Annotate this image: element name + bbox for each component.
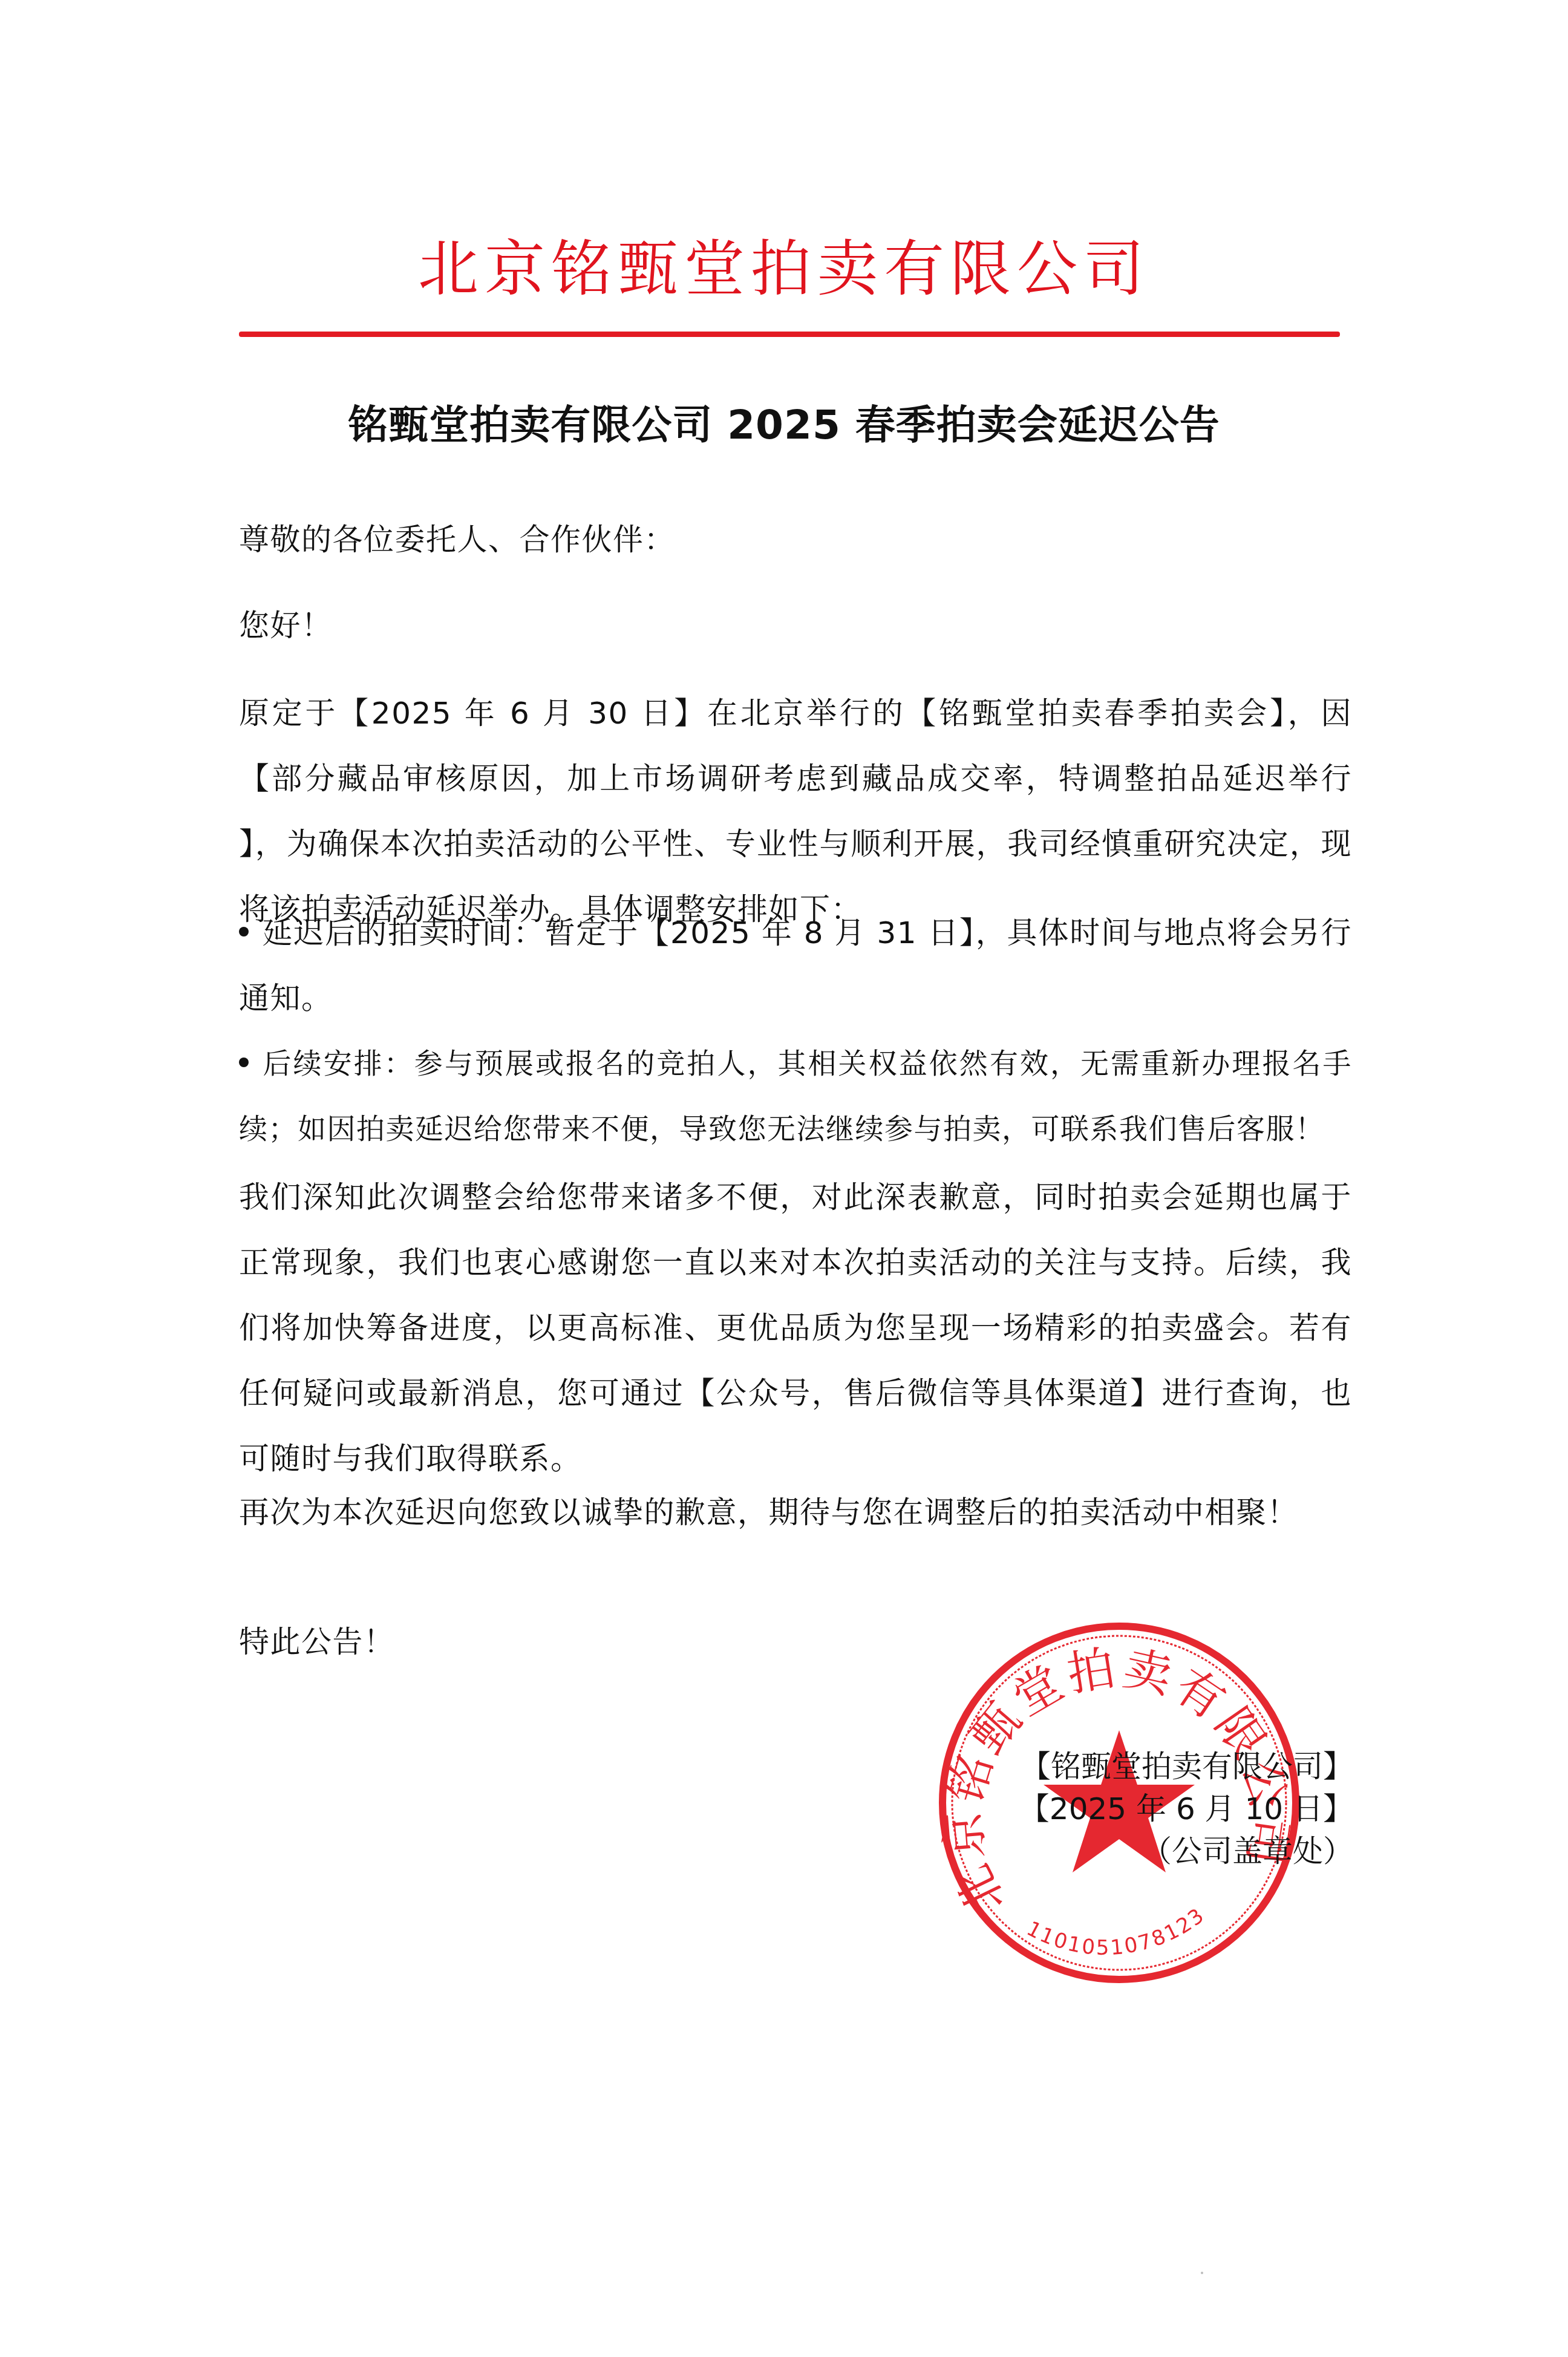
letterhead-red-rule [239,332,1340,337]
signature-date: 【2025 年 6 月 10 日】 [1019,1788,1353,1830]
letterhead-company-name: 北京铭甄堂拍卖有限公司 [0,239,1568,299]
announcement-page: 北京铭甄堂拍卖有限公司 铭甄堂拍卖有限公司 2025 春季拍卖会延迟公告 尊敬的… [0,0,1568,2357]
bullet-text: 后续安排：参与预展或报名的竞拍人，其相关权益依然有效，无需重新办理报名手续；如因… [239,1047,1352,1146]
bullet-icon [239,927,249,937]
svg-text:1101051078123: 1101051078123 [1023,1903,1210,1960]
document-title: 铭甄堂拍卖有限公司 2025 春季拍卖会延迟公告 [0,405,1568,445]
scan-artifact [1201,2272,1203,2274]
bullet-item-new-date: 延迟后的拍卖时间：暂定于【2025 年 8 月 31 日】，具体时间与地点将会另… [239,900,1352,1031]
closing-paragraph: 再次为本次延迟向您致以诚挚的歉意，期待与您在调整后的拍卖活动中相聚！ [239,1480,1352,1545]
apology-paragraph: 我们深知此次调整会给您带来诸多不便，对此深表歉意，同时拍卖会延期也属于正常现象，… [239,1165,1352,1491]
greeting: 您好！ [239,593,1352,658]
bullet-text: 延迟后的拍卖时间：暂定于【2025 年 8 月 31 日】，具体时间与地点将会另… [239,915,1352,1016]
signature-block: 【铭甄堂拍卖有限公司】 【2025 年 6 月 10 日】 （公司盖章处） [1019,1745,1353,1872]
signature-company: 【铭甄堂拍卖有限公司】 [1019,1745,1353,1788]
bullet-icon [239,1058,249,1067]
bullet-item-follow-up: 后续安排：参与预展或报名的竞拍人，其相关权益依然有效，无需重新办理报名手续；如因… [239,1031,1352,1162]
signature-stamp-note: （公司盖章处） [1019,1830,1353,1872]
stamp-serial-number: 1101051078123 [1023,1903,1210,1960]
salutation: 尊敬的各位委托人、合作伙伴： [239,507,1352,572]
